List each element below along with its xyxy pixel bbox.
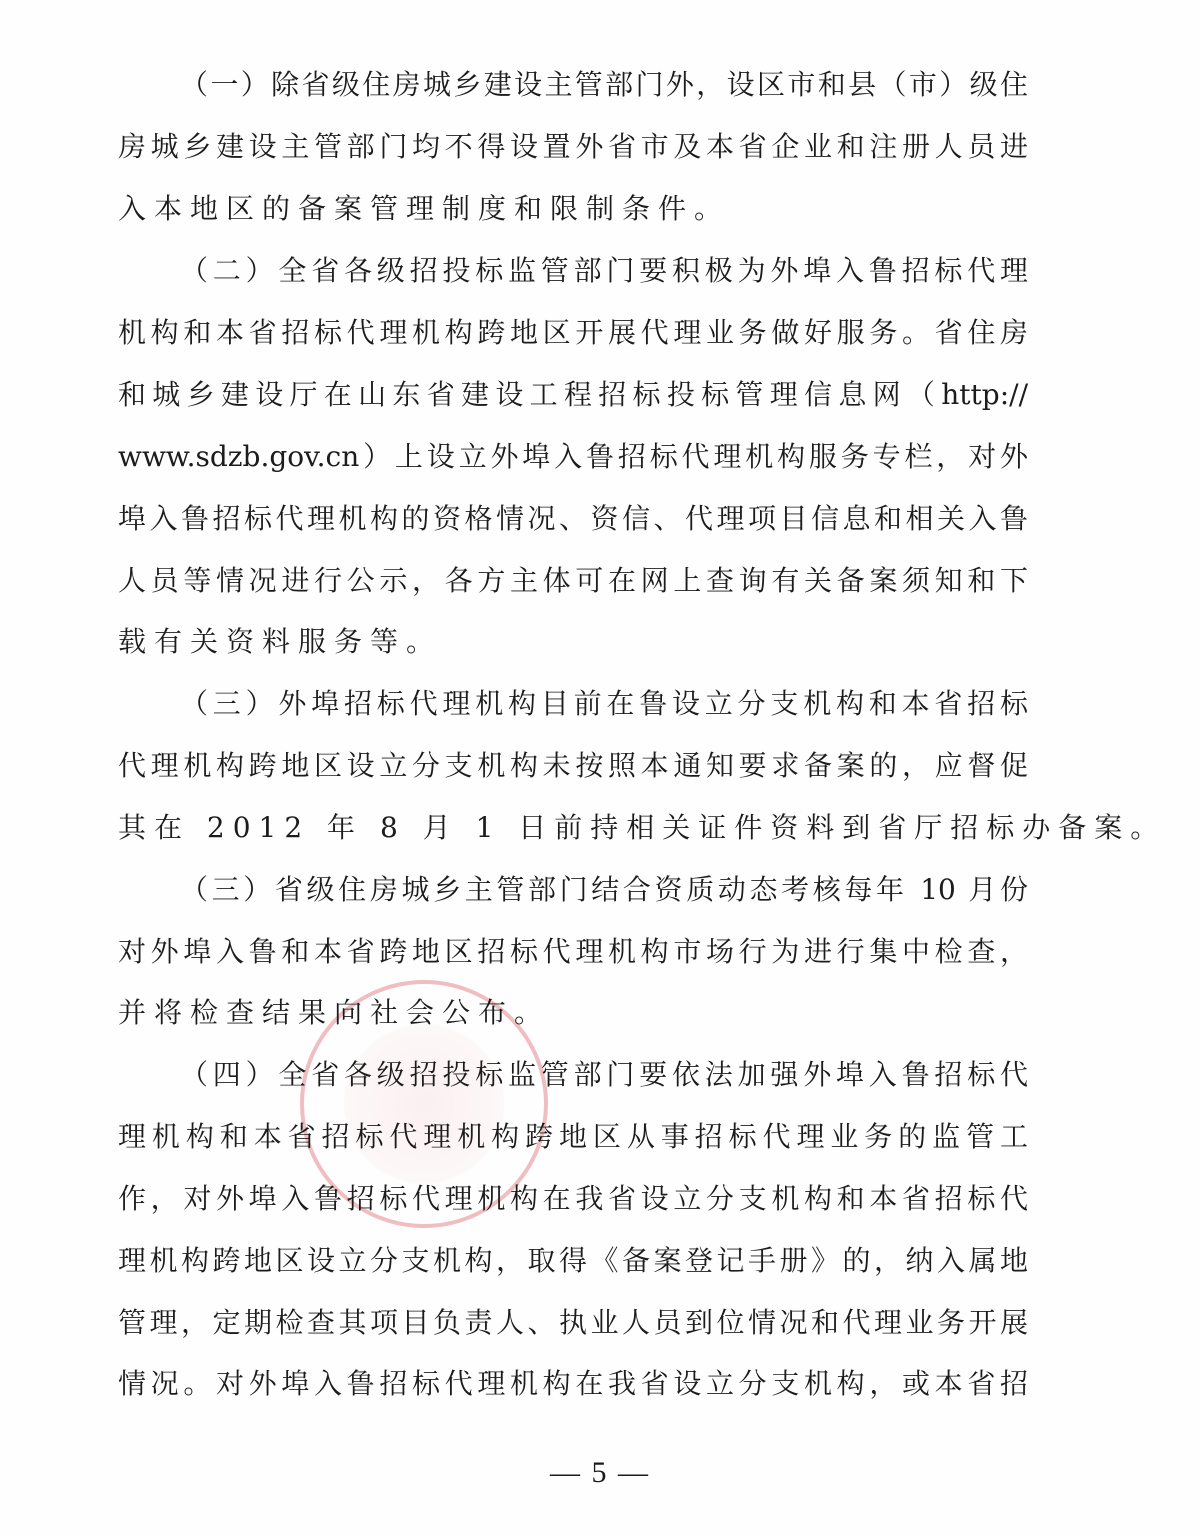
paragraph-2-line-5: 埠入鲁招标代理机构的资格情况、资信、代理项目信息和相关入鲁 [118, 499, 1028, 539]
paragraph-1-line-3: 入本地区的备案管理制度和限制条件。 [118, 189, 1028, 229]
document-page: （一）除省级住房城乡建设主管部门外，设区市和县（市）级住 房城乡建设主管部门均不… [0, 0, 1200, 1535]
paragraph-2-line-1: （二）全省各级招投标监管部门要积极为外埠入鲁招标代理 [180, 251, 1028, 291]
paragraph-2-line-7: 载有关资料服务等。 [118, 622, 1028, 662]
paragraph-2-line-4: www.sdzb.gov.cn）上设立外埠入鲁招标代理机构服务专栏，对外 [118, 437, 1028, 477]
paragraph-1-line-1: （一）除省级住房城乡建设主管部门外，设区市和县（市）级住 [180, 65, 1028, 105]
paragraph-5-line-2: 理机构和本省招标代理机构跨地区从事招标代理业务的监管工 [118, 1117, 1028, 1157]
paragraph-3-line-1: （三）外埠招标代理机构目前在鲁设立分支机构和本省招标 [180, 684, 1028, 724]
paragraph-4-line-1: （三）省级住房城乡主管部门结合资质动态考核每年 10 月份 [180, 870, 1028, 910]
paragraph-1-line-2: 房城乡建设主管部门均不得设置外省市及本省企业和注册人员进 [118, 127, 1028, 167]
paragraph-4-line-3: 并将检查结果向社会公布。 [118, 993, 1028, 1033]
paragraph-5-line-4: 理机构跨地区设立分支机构，取得《备案登记手册》的，纳入属地 [118, 1241, 1028, 1281]
paragraph-2-line-6: 人员等情况进行公示，各方主体可在网上查询有关备案须知和下 [118, 561, 1028, 601]
paragraph-2-line-3: 和城乡建设厅在山东省建设工程招标投标管理信息网（http:// [118, 375, 1028, 415]
paragraph-5-line-6: 情况。对外埠入鲁招标代理机构在我省设立分支机构，或本省招 [118, 1364, 1028, 1404]
paragraph-4-line-2: 对外埠入鲁和本省跨地区招标代理机构市场行为进行集中检查， [118, 932, 1028, 972]
paragraph-3-line-3: 其在 2012 年 8 月 1 日前持相关证件资料到省厅招标办备案。 [118, 808, 1028, 848]
page-number: — 5 — [0, 1456, 1200, 1490]
paragraph-5-line-1: （四）全省各级招投标监管部门要依法加强外埠入鲁招标代 [180, 1055, 1028, 1095]
paragraph-5-line-5: 管理，定期检查其项目负责人、执业人员到位情况和代理业务开展 [118, 1303, 1028, 1343]
paragraph-2-line-2: 机构和本省招标代理机构跨地区开展代理业务做好服务。省住房 [118, 313, 1028, 353]
official-seal-stamp-fill [344, 1024, 504, 1184]
paragraph-5-line-3: 作，对外埠入鲁招标代理机构在我省设立分支机构和本省招标代 [118, 1179, 1028, 1219]
paragraph-3-line-2: 代理机构跨地区设立分支机构未按照本通知要求备案的，应督促 [118, 746, 1028, 786]
